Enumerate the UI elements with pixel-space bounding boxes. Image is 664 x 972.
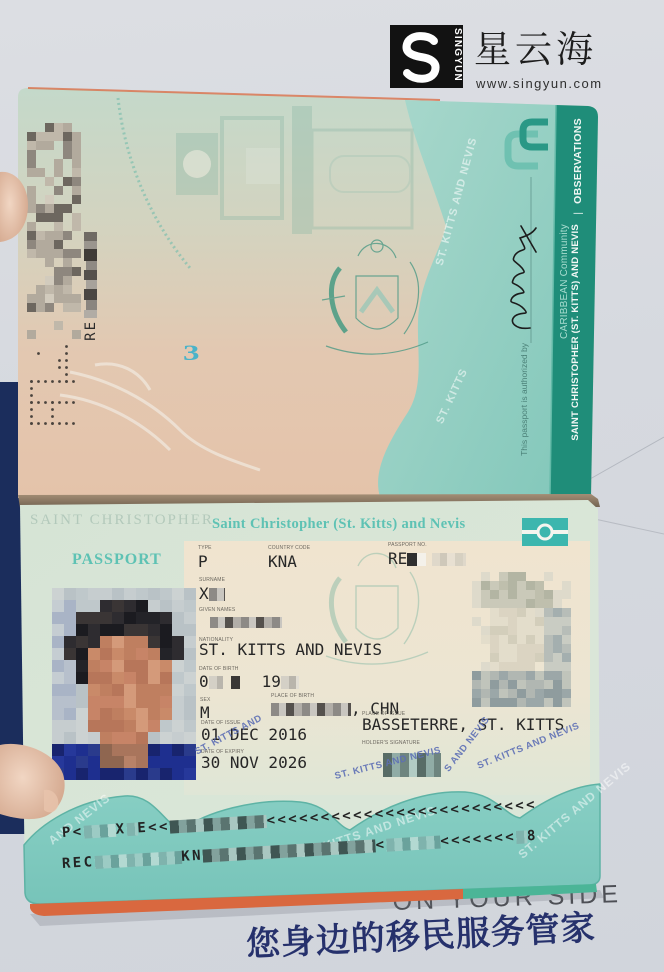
finger-top — [0, 172, 28, 242]
fingers-overlay — [0, 0, 664, 972]
